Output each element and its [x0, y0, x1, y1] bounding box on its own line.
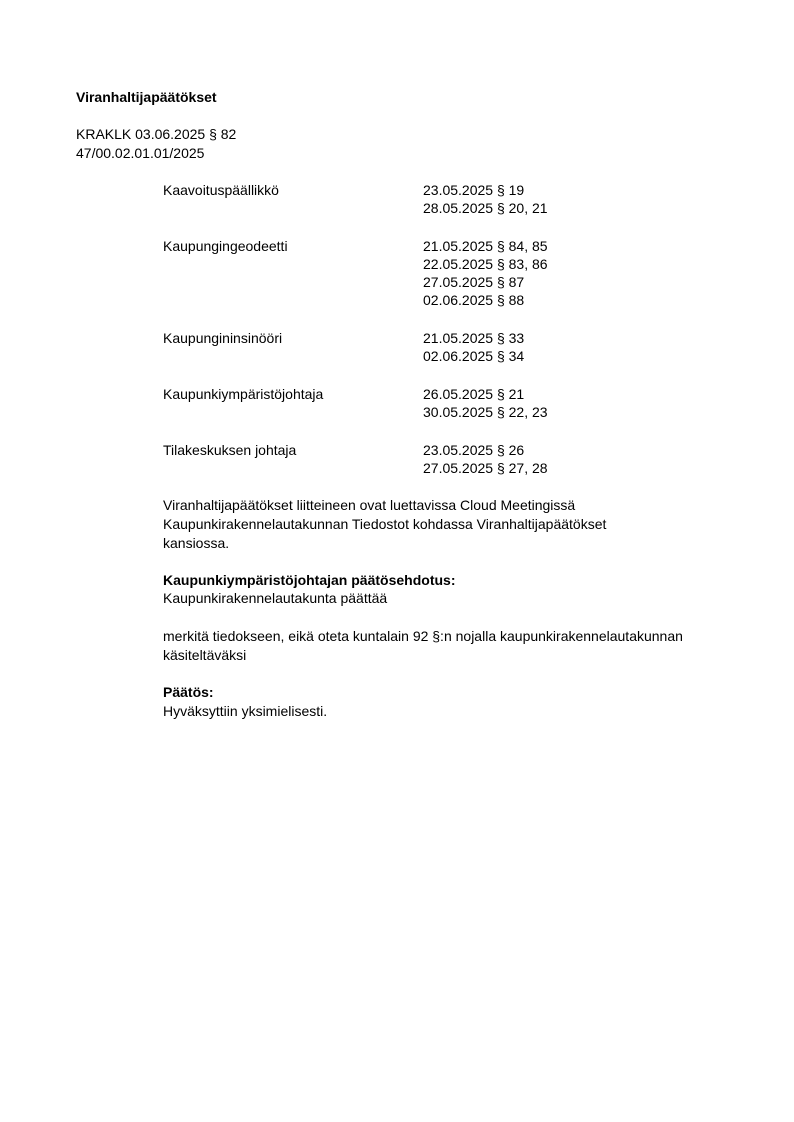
- decision-entry: 02.06.2025 § 88: [423, 291, 524, 309]
- attachments-note-line: kansiossa.: [163, 534, 229, 552]
- proposal-intro: Kaupunkirakennelautakunta päättää: [163, 589, 387, 607]
- role-label: Kaupungininsinööri: [163, 329, 282, 347]
- decision-entry: 27.05.2025 § 27, 28: [423, 459, 548, 477]
- decision-entry: 30.05.2025 § 22, 23: [423, 403, 548, 421]
- decision-entry: 23.05.2025 § 26: [423, 441, 524, 459]
- decision-heading: Päätös:: [163, 683, 214, 701]
- decision-text: Hyväksyttiin yksimielisesti.: [163, 702, 327, 720]
- proposal-heading: Kaupunkiympäristöjohtajan päätösehdotus:: [163, 571, 455, 589]
- proposal-body-line: käsiteltäväksi: [163, 646, 246, 664]
- decision-entry: 21.05.2025 § 33: [423, 329, 524, 347]
- decision-entry: 22.05.2025 § 83, 86: [423, 255, 548, 273]
- role-label: Kaavoituspäällikkö: [163, 181, 279, 199]
- decision-entry: 27.05.2025 § 87: [423, 273, 524, 291]
- attachments-note-line: Viranhaltijapäätökset liitteineen ovat l…: [163, 496, 575, 514]
- decision-entry: 02.06.2025 § 34: [423, 347, 524, 365]
- decision-entry: 28.05.2025 § 20, 21: [423, 199, 548, 217]
- meeting-reference: KRAKLK 03.06.2025 § 82: [76, 125, 236, 143]
- role-label: Tilakeskuksen johtaja: [163, 441, 296, 459]
- role-label: Kaupunkiympäristöjohtaja: [163, 385, 323, 403]
- decision-entry: 21.05.2025 § 84, 85: [423, 237, 548, 255]
- decision-entry: 23.05.2025 § 19: [423, 181, 524, 199]
- attachments-note-line: Kaupunkirakennelautakunnan Tiedostot koh…: [163, 515, 606, 533]
- role-label: Kaupungingeodeetti: [163, 237, 288, 255]
- diary-number: 47/00.02.01.01/2025: [76, 144, 204, 162]
- document-title: Viranhaltijapäätökset: [76, 88, 217, 106]
- proposal-body-line: merkitä tiedokseen, eikä oteta kuntalain…: [163, 627, 683, 645]
- decision-entry: 26.05.2025 § 21: [423, 385, 524, 403]
